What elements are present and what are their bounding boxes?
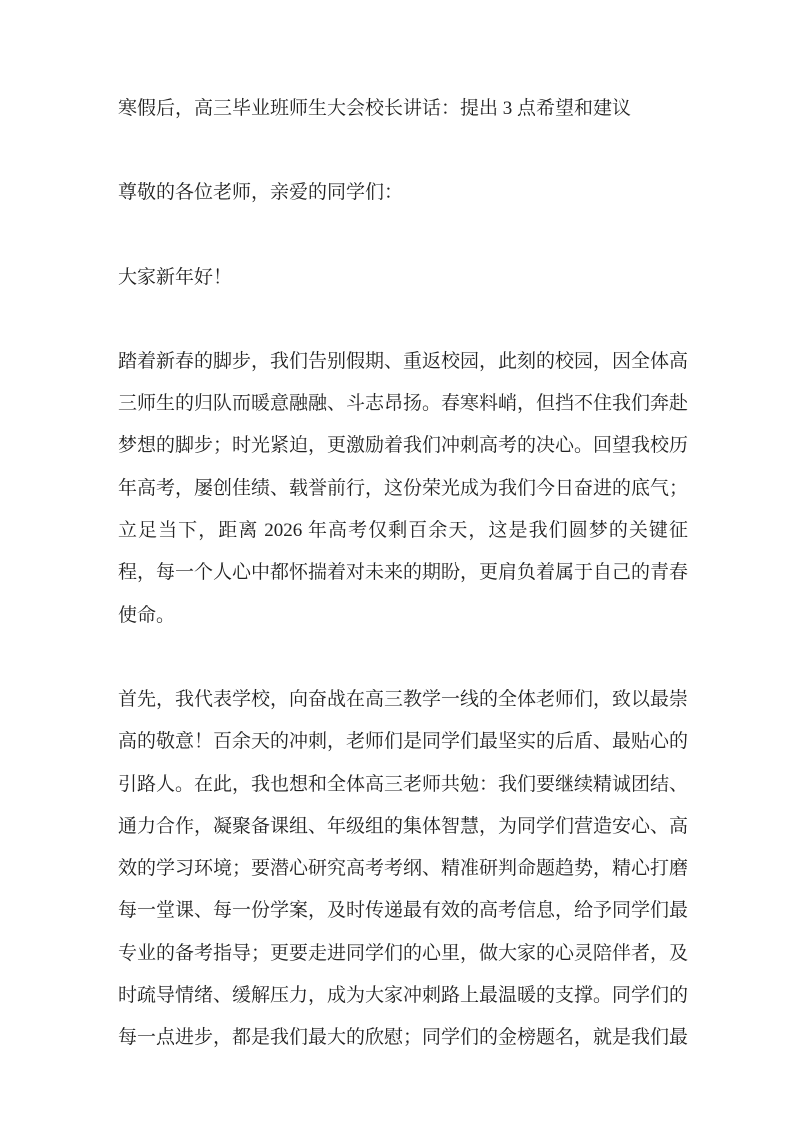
document-title: 寒假后，高三毕业班师生大会校长讲话：提出 3 点希望和建议	[118, 88, 688, 130]
paragraph-opening: 踏着新春的脚步，我们告别假期、重返校园，此刻的校园，因全体高三师生的归队而暖意融…	[118, 341, 688, 637]
paragraph-teachers: 首先，我代表学校，向奋战在高三教学一线的全体老师们，致以最崇高的敬意！百余天的冲…	[118, 679, 688, 1060]
greeting-line: 大家新年好！	[118, 257, 688, 299]
salutation-line: 尊敬的各位老师，亲爱的同学们：	[118, 172, 688, 214]
document-page: 寒假后，高三毕业班师生大会校长讲话：提出 3 点希望和建议 尊敬的各位老师，亲爱…	[0, 0, 793, 1122]
